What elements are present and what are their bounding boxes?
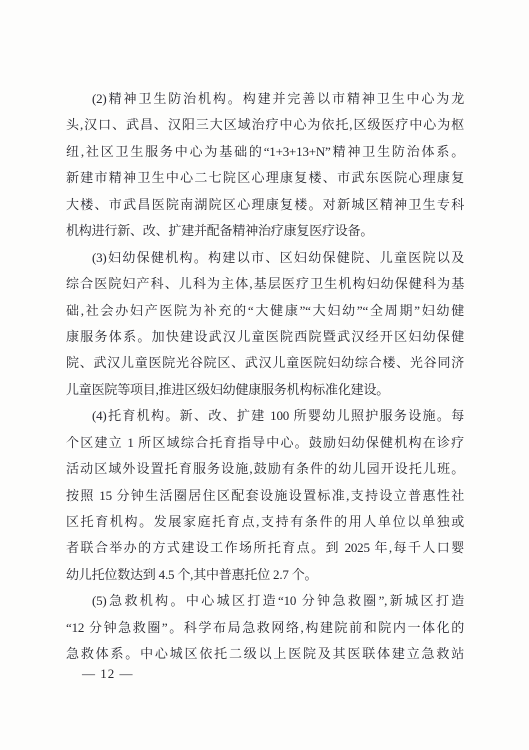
text-line: 头,汉口、武昌、汉阳三大区域治疗中心为依托,区级医疗中心为枢 xyxy=(66,112,464,138)
text-line: 幼儿托位数达到 4.5 个,其中普惠托位 2.7 个。 xyxy=(66,562,464,588)
text-line: (5)急救机构。中心城区打造“10 分钟急救圈”,新城区打造 xyxy=(66,588,464,614)
text-line: 综合医院妇产科、儿科为主体,基层医疗卫生机构妇幼保健科为基 xyxy=(66,271,464,297)
page-number: — 12 — xyxy=(82,666,134,682)
body-text: (2)精神卫生防治机构。构建并完善以市精神卫生中心为龙头,汉口、武昌、汉阳三大区… xyxy=(66,86,464,668)
text-line: 活动区域外设置托育服务设施,鼓励有条件的幼儿园开设托儿班。 xyxy=(66,456,464,482)
text-line: (3)妇幼保健机构。构建以市、区妇幼保健院、儿童医院以及 xyxy=(66,245,464,271)
text-line: 按照 15 分钟生活圈居住区配套设施设置标准,支持设立普惠性社 xyxy=(66,483,464,509)
text-line: 区托育机构。发展家庭托育点,支持有条件的用人单位以单独或 xyxy=(66,509,464,535)
text-line: 纽,社区卫生服务中心为基础的“1+3+13+N”精神卫生防治体系。 xyxy=(66,139,464,165)
text-line: 急救体系。中心城区依托二级以上医院及其医联体建立急救站 xyxy=(66,641,464,667)
document-page: (2)精神卫生防治机构。构建并完善以市精神卫生中心为龙头,汉口、武昌、汉阳三大区… xyxy=(0,0,529,750)
text-line: 大楼、市武昌医院南湖院区心理康复楼。对新城区精神卫生专科 xyxy=(66,192,464,218)
text-line: 新建市精神卫生中心二七院区心理康复楼、市武东医院心理康复 xyxy=(66,165,464,191)
text-line: (4)托育机构。新、改、扩建 100 所婴幼儿照护服务设施。每 xyxy=(66,403,464,429)
text-line: 者联合举办的方式建设工作场所托育点。到 2025 年,每千人口婴 xyxy=(66,535,464,561)
text-line: “12 分钟急救圈”。科学布局急救网络,构建院前和院内一体化的 xyxy=(66,615,464,641)
text-line: 机构进行新、改、扩建并配备精神治疗康复医疗设备。 xyxy=(66,218,464,244)
text-line: 院、武汉儿童医院光谷院区、武汉儿童医院妇幼综合楼、光谷同济 xyxy=(66,350,464,376)
text-line: 础,社会办妇产医院为补充的“大健康”“大妇幼”“全周期”妇幼健 xyxy=(66,298,464,324)
text-line: 康服务体系。加快建设武汉儿童医院西院暨武汉经开区妇幼保健 xyxy=(66,324,464,350)
text-line: (2)精神卫生防治机构。构建并完善以市精神卫生中心为龙 xyxy=(66,86,464,112)
text-line: 儿童医院等项目,推进区级妇幼健康服务机构标准化建设。 xyxy=(66,377,464,403)
text-line: 个区建立 1 所区域综合托育指导中心。鼓励妇幼保健机构在诊疗 xyxy=(66,430,464,456)
